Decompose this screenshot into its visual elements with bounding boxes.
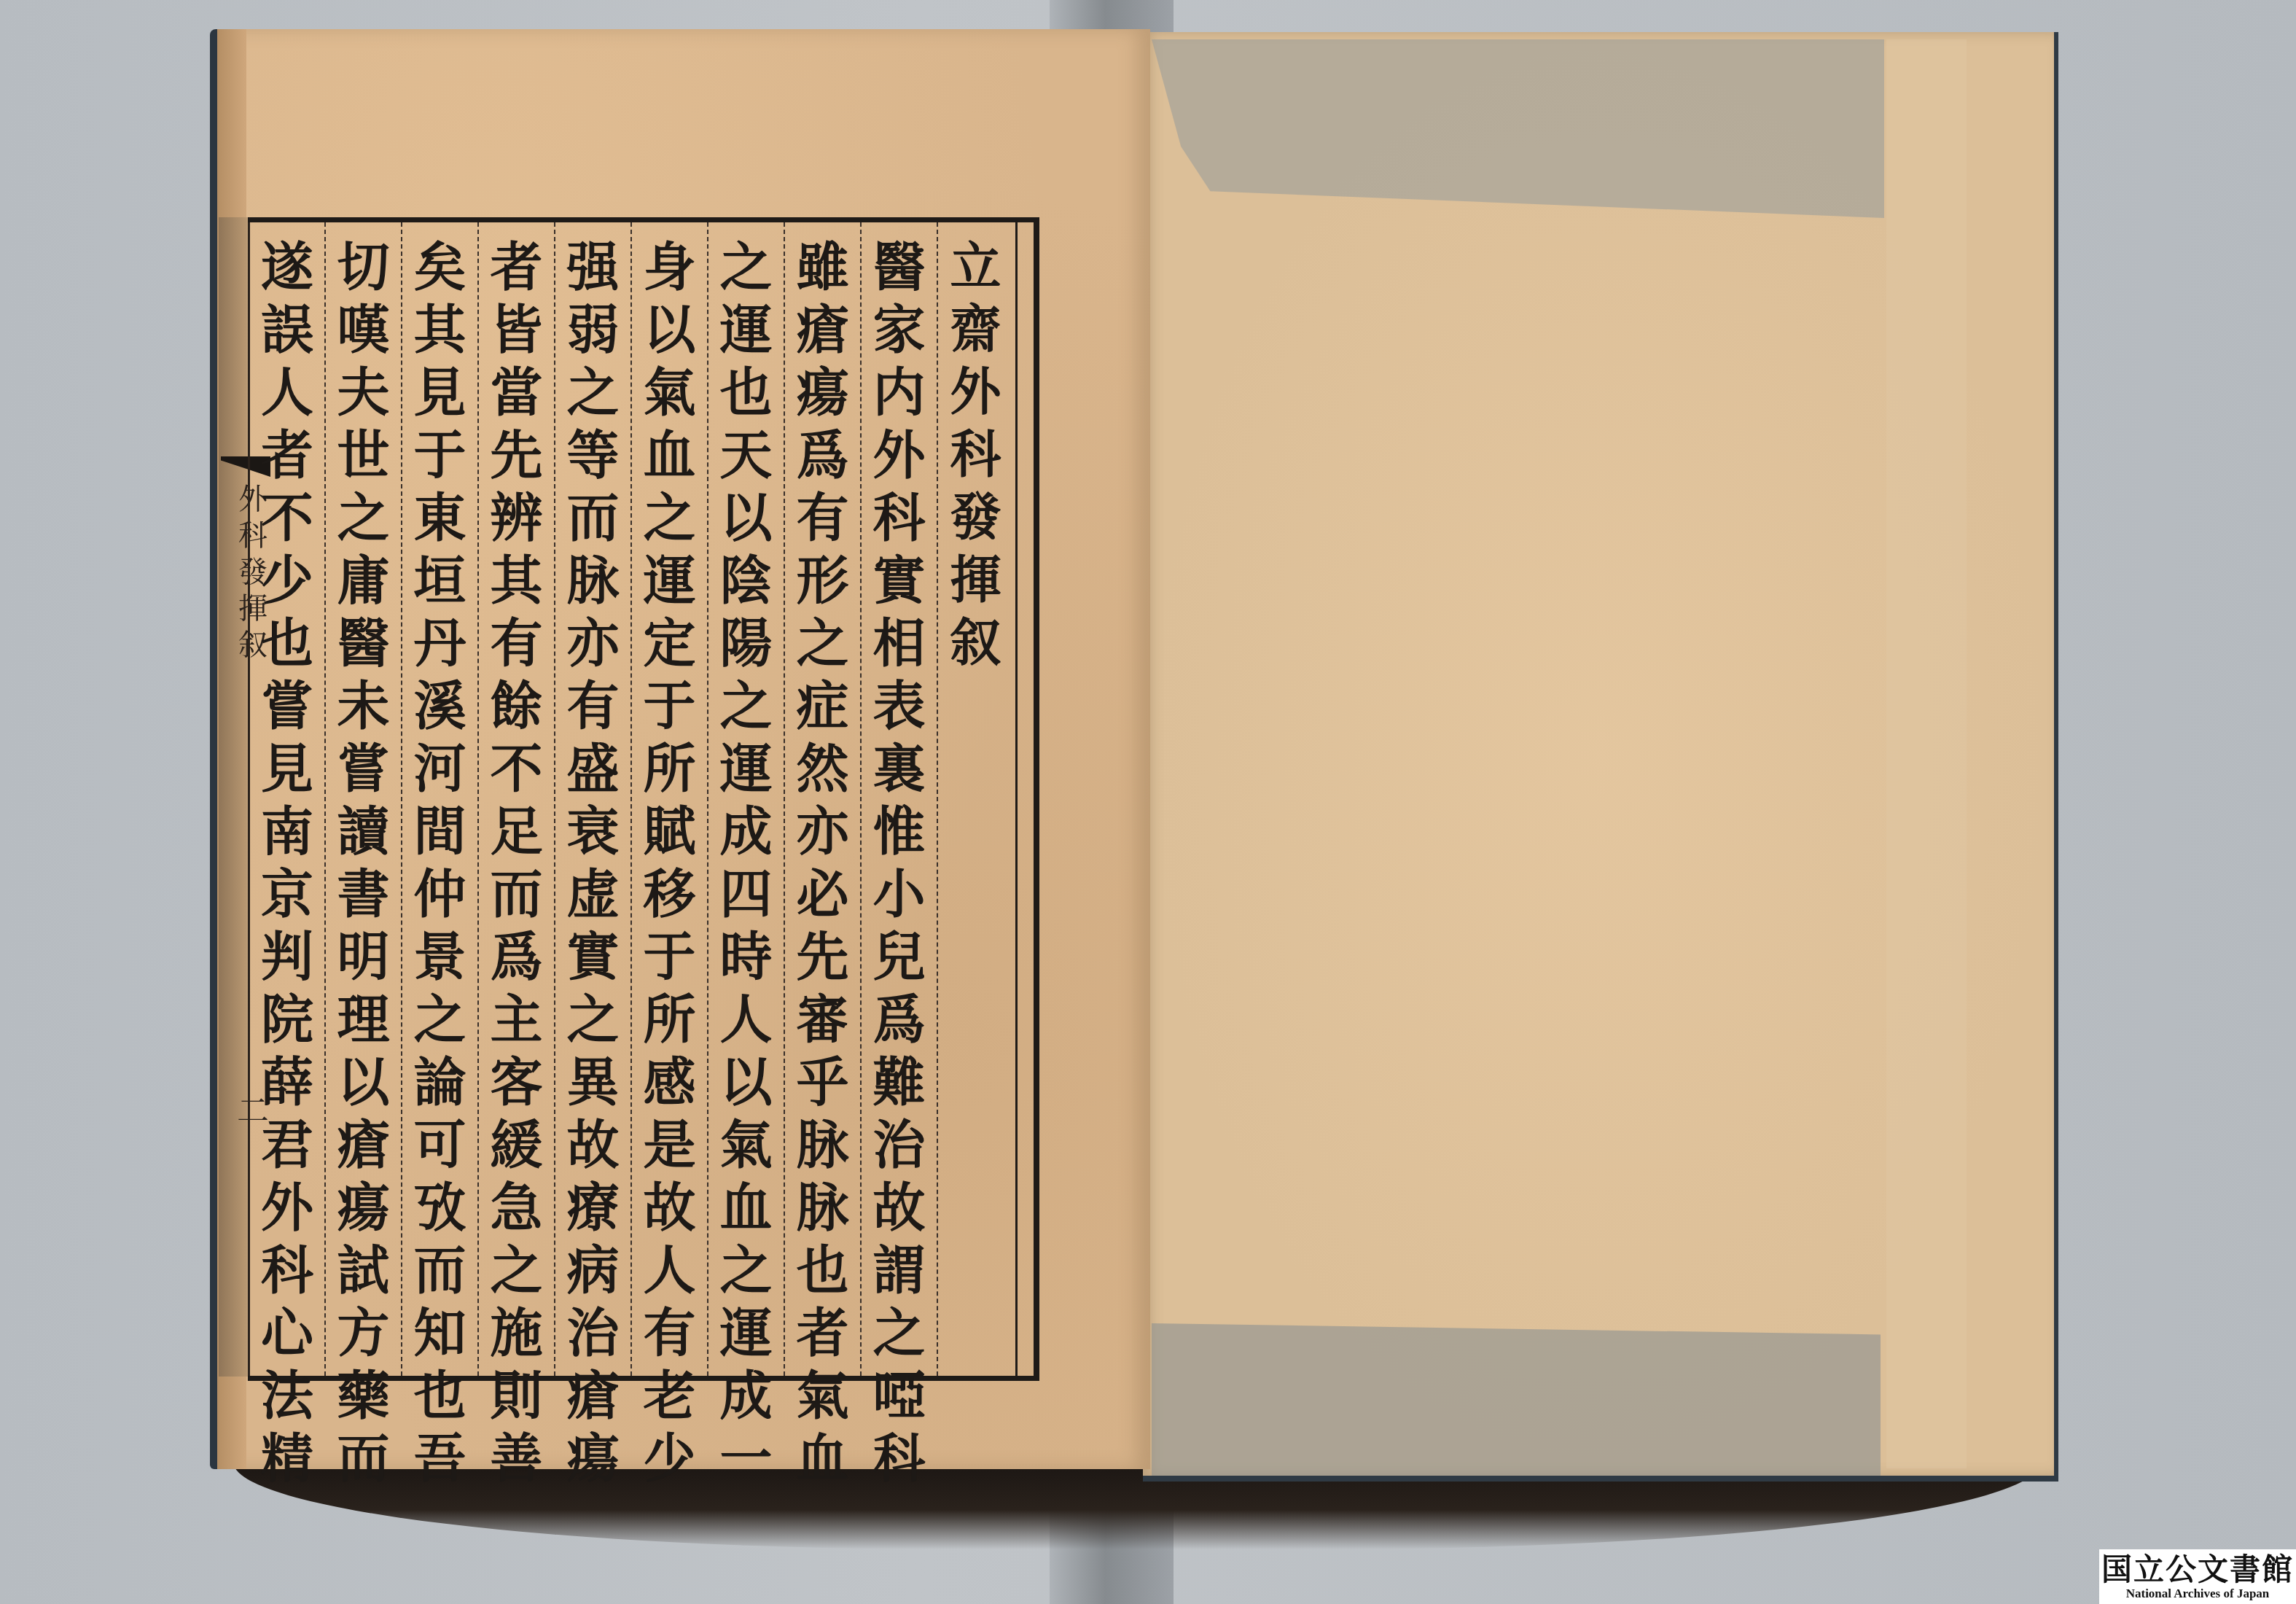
character: 氣 xyxy=(792,1364,854,1427)
character: 叙 xyxy=(945,612,1007,674)
character: 急 xyxy=(485,1176,548,1239)
character: 以 xyxy=(639,298,701,361)
character: 餘 xyxy=(485,674,548,737)
character: 則 xyxy=(485,1364,548,1427)
character: 可 xyxy=(409,1113,472,1176)
character: 醫 xyxy=(332,612,395,674)
character: 溪 xyxy=(409,674,472,737)
character: 亦 xyxy=(792,800,854,863)
character: 外 xyxy=(945,361,1007,424)
character: 垣 xyxy=(409,549,472,612)
character: 弱 xyxy=(562,298,625,361)
character: 有 xyxy=(639,1301,701,1364)
character: 科 xyxy=(868,486,931,549)
character: 乎 xyxy=(792,1051,854,1113)
frame-inner-border xyxy=(1015,222,1018,1376)
character: 之 xyxy=(868,1301,931,1364)
character: 仲 xyxy=(409,863,472,925)
archive-logo: 国立公文書館 National Archives of Japan xyxy=(2099,1549,2296,1604)
character: 時 xyxy=(715,925,778,988)
character: 成 xyxy=(715,1364,778,1427)
character: 足 xyxy=(485,800,548,863)
character: 天 xyxy=(715,424,778,486)
character: 其 xyxy=(409,298,472,361)
character: 庸 xyxy=(332,549,395,612)
character: 成 xyxy=(715,800,778,863)
character: 脉 xyxy=(792,1176,854,1239)
character: 以 xyxy=(332,1051,395,1113)
character: 脉 xyxy=(562,549,625,612)
character: 所 xyxy=(639,988,701,1051)
logo-english: National Archives of Japan xyxy=(2126,1587,2270,1601)
character: 明 xyxy=(332,925,395,988)
character: 科 xyxy=(256,1239,319,1301)
character: 故 xyxy=(639,1176,701,1239)
character: 之 xyxy=(485,1239,548,1301)
character: 知 xyxy=(409,1301,472,1364)
character: 亦 xyxy=(562,612,625,674)
character: 切 xyxy=(332,235,395,298)
character: 治 xyxy=(562,1301,625,1364)
character: 也 xyxy=(715,361,778,424)
character: 故 xyxy=(868,1176,931,1239)
character: 之 xyxy=(715,235,778,298)
character: 血 xyxy=(792,1427,854,1490)
paper-repair-patch-bottom xyxy=(1152,1315,1881,1476)
character: 爲 xyxy=(792,424,854,486)
character: 而 xyxy=(409,1239,472,1301)
character: 外 xyxy=(256,1176,319,1239)
character: 方 xyxy=(332,1301,395,1364)
character: 遂 xyxy=(256,235,319,298)
character: 感 xyxy=(639,1051,701,1113)
character: 科 xyxy=(945,424,1007,486)
character: 未 xyxy=(332,674,395,737)
character: 矣 xyxy=(409,235,472,298)
character: 瘍 xyxy=(332,1176,395,1239)
character: 南 xyxy=(256,800,319,863)
character: 難 xyxy=(868,1051,931,1113)
character: 之 xyxy=(562,988,625,1051)
character: 移 xyxy=(639,863,701,925)
character: 氣 xyxy=(639,361,701,424)
character: 運 xyxy=(715,737,778,800)
character: 發 xyxy=(945,486,1007,549)
character: 藥 xyxy=(332,1364,395,1427)
text-column: 切嘆夫世之庸醫未嘗讀書明理以瘡瘍試方藥而 xyxy=(324,222,401,1376)
text-column: 者皆當先辨其有餘不足而爲主客緩急之施則善 xyxy=(477,222,554,1376)
text-frame: 立齋外科發揮叙醫家内外科實相表裏惟小兒爲難治故謂之啞科雖瘡瘍爲有形之症然亦必先審… xyxy=(248,217,1039,1381)
text-column: 矣其見于東垣丹溪河間仲景之論可攷而知也吾 xyxy=(401,222,477,1376)
character: 不 xyxy=(256,486,319,549)
character: 以 xyxy=(715,486,778,549)
character: 然 xyxy=(792,737,854,800)
text-column: 醫家内外科實相表裏惟小兒爲難治故謂之啞科 xyxy=(860,222,937,1376)
character: 身 xyxy=(639,235,701,298)
character: 小 xyxy=(868,863,931,925)
character: 之 xyxy=(639,486,701,549)
paper-repair-patch-top xyxy=(1152,39,1884,218)
character: 實 xyxy=(868,549,931,612)
character: 異 xyxy=(562,1051,625,1113)
character: 必 xyxy=(792,863,854,925)
character: 血 xyxy=(715,1176,778,1239)
character: 精 xyxy=(256,1427,319,1490)
character: 外 xyxy=(868,424,931,486)
character: 法 xyxy=(256,1364,319,1427)
character: 盛 xyxy=(562,737,625,800)
character: 誤 xyxy=(256,298,319,361)
character: 療 xyxy=(562,1176,625,1239)
character: 于 xyxy=(409,424,472,486)
character: 而 xyxy=(485,863,548,925)
character: 陰 xyxy=(715,549,778,612)
character: 瘡 xyxy=(562,1364,625,1427)
character: 瘡 xyxy=(792,298,854,361)
character: 其 xyxy=(485,549,548,612)
text-column: 强弱之等而脉亦有盛衰虚實之異故療病治瘡瘍 xyxy=(554,222,630,1376)
character: 之 xyxy=(409,988,472,1051)
character: 人 xyxy=(715,988,778,1051)
character: 病 xyxy=(562,1239,625,1301)
text-column: 身以氣血之運定于所賦移于所感是故人有老少 xyxy=(630,222,707,1376)
character: 内 xyxy=(868,361,931,424)
character: 齋 xyxy=(945,298,1007,361)
character: 裏 xyxy=(868,737,931,800)
character: 讀 xyxy=(332,800,395,863)
character: 賦 xyxy=(639,800,701,863)
character: 判 xyxy=(256,925,319,988)
character: 表 xyxy=(868,674,931,737)
character: 人 xyxy=(256,361,319,424)
character: 而 xyxy=(562,486,625,549)
character: 老 xyxy=(639,1364,701,1427)
character: 家 xyxy=(868,298,931,361)
character: 世 xyxy=(332,424,395,486)
character: 書 xyxy=(332,863,395,925)
character: 脉 xyxy=(792,1113,854,1176)
character: 運 xyxy=(715,1301,778,1364)
character: 瘍 xyxy=(562,1427,625,1490)
character: 于 xyxy=(639,925,701,988)
character: 有 xyxy=(485,612,548,674)
character: 論 xyxy=(409,1051,472,1113)
character: 之 xyxy=(332,486,395,549)
character: 少 xyxy=(639,1427,701,1490)
character: 揮 xyxy=(945,549,1007,612)
character: 也 xyxy=(409,1364,472,1427)
character: 爲 xyxy=(868,988,931,1051)
character: 京 xyxy=(256,863,319,925)
character: 也 xyxy=(256,612,319,674)
character: 主 xyxy=(485,988,548,1051)
character: 理 xyxy=(332,988,395,1051)
character: 氣 xyxy=(715,1113,778,1176)
character: 景 xyxy=(409,925,472,988)
character: 也 xyxy=(792,1239,854,1301)
character: 審 xyxy=(792,988,854,1051)
character: 之 xyxy=(715,674,778,737)
character: 一 xyxy=(715,1427,778,1490)
text-column: 之運也天以陰陽之運成四時人以氣血之運成一 xyxy=(707,222,784,1376)
character: 故 xyxy=(562,1113,625,1176)
character: 虚 xyxy=(562,863,625,925)
character: 運 xyxy=(715,298,778,361)
character: 有 xyxy=(562,674,625,737)
character: 河 xyxy=(409,737,472,800)
character: 不 xyxy=(485,737,548,800)
character: 爲 xyxy=(485,925,548,988)
character: 四 xyxy=(715,863,778,925)
character: 之 xyxy=(562,361,625,424)
character: 血 xyxy=(639,424,701,486)
character: 薛 xyxy=(256,1051,319,1113)
character: 强 xyxy=(562,235,625,298)
logo-japanese: 国立公文書館 xyxy=(2101,1553,2294,1587)
character: 夫 xyxy=(332,361,395,424)
right-page xyxy=(1143,32,2058,1482)
character: 君 xyxy=(256,1113,319,1176)
character: 定 xyxy=(639,612,701,674)
character: 瘡 xyxy=(332,1113,395,1176)
character: 客 xyxy=(485,1051,548,1113)
character: 少 xyxy=(256,549,319,612)
character: 見 xyxy=(256,737,319,800)
character: 施 xyxy=(485,1301,548,1364)
character: 以 xyxy=(715,1051,778,1113)
character: 衰 xyxy=(562,800,625,863)
character: 之 xyxy=(792,612,854,674)
character: 啞 xyxy=(868,1364,931,1427)
character: 而 xyxy=(332,1427,395,1490)
character: 雖 xyxy=(792,235,854,298)
text-columns: 立齋外科發揮叙醫家内外科實相表裏惟小兒爲難治故謂之啞科雖瘡瘍爲有形之症然亦必先審… xyxy=(248,222,1013,1376)
paper-repair-strip xyxy=(1886,39,1967,1468)
character: 是 xyxy=(639,1113,701,1176)
character: 嘗 xyxy=(256,674,319,737)
character: 見 xyxy=(409,361,472,424)
character: 有 xyxy=(792,486,854,549)
character: 間 xyxy=(409,800,472,863)
title-column: 立齋外科發揮叙 xyxy=(937,222,1013,1376)
character: 所 xyxy=(639,737,701,800)
character: 形 xyxy=(792,549,854,612)
character: 者 xyxy=(792,1301,854,1364)
character: 立 xyxy=(945,235,1007,298)
character: 等 xyxy=(562,424,625,486)
character: 攷 xyxy=(409,1176,472,1239)
character: 于 xyxy=(639,674,701,737)
text-column: 遂誤人者不少也嘗見南京判院薛君外科心法精 xyxy=(248,222,324,1376)
character: 人 xyxy=(639,1239,701,1301)
character: 瘍 xyxy=(792,361,854,424)
character: 嘆 xyxy=(332,298,395,361)
character: 相 xyxy=(868,612,931,674)
character: 東 xyxy=(409,486,472,549)
character: 辨 xyxy=(485,486,548,549)
character: 試 xyxy=(332,1239,395,1301)
character: 先 xyxy=(792,925,854,988)
character: 陽 xyxy=(715,612,778,674)
character: 者 xyxy=(485,235,548,298)
fold-center-strip xyxy=(219,217,249,1377)
character: 緩 xyxy=(485,1113,548,1176)
character: 之 xyxy=(715,1239,778,1301)
character: 治 xyxy=(868,1113,931,1176)
character: 運 xyxy=(639,549,701,612)
character: 兒 xyxy=(868,925,931,988)
character: 心 xyxy=(256,1301,319,1364)
character: 謂 xyxy=(868,1239,931,1301)
text-column: 雖瘡瘍爲有形之症然亦必先審乎脉脉也者氣血 xyxy=(784,222,860,1376)
character: 皆 xyxy=(485,298,548,361)
character: 症 xyxy=(792,674,854,737)
character: 惟 xyxy=(868,800,931,863)
character: 當 xyxy=(485,361,548,424)
character: 實 xyxy=(562,925,625,988)
character: 善 xyxy=(485,1427,548,1490)
character: 嘗 xyxy=(332,737,395,800)
character: 先 xyxy=(485,424,548,486)
character: 吾 xyxy=(409,1427,472,1490)
character: 院 xyxy=(256,988,319,1051)
character: 醫 xyxy=(868,235,931,298)
character: 丹 xyxy=(409,612,472,674)
character: 科 xyxy=(868,1427,931,1490)
character: 者 xyxy=(256,424,319,486)
